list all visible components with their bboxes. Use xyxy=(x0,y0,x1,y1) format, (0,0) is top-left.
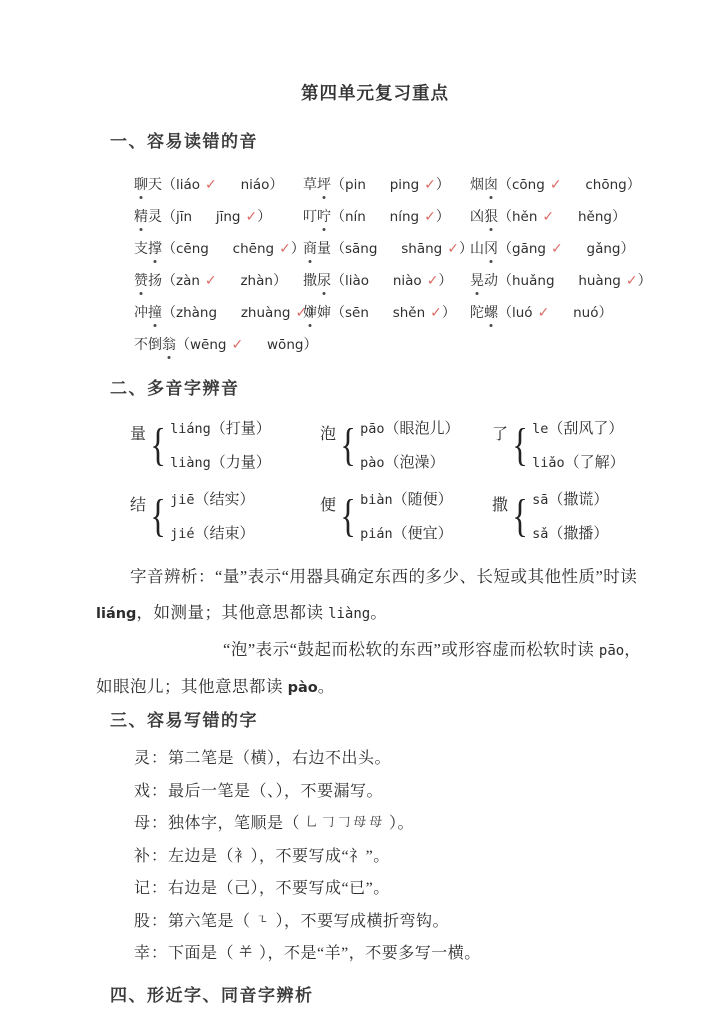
reading-line: pào（泡澡） xyxy=(360,451,459,472)
note-segment: 下面是（ xyxy=(168,945,239,962)
pinyin-option: huàng xyxy=(578,273,621,289)
reading-example: （打量） xyxy=(211,421,271,437)
hanzi-char: 不 xyxy=(134,334,148,354)
readings-column: liáng（打量）liàng（力量） xyxy=(170,417,271,472)
analysis-segment: liàng xyxy=(328,606,370,622)
miswrite-item: 补：左边是（衤），不要写成“礻”。 xyxy=(134,841,654,874)
section-1-heading: 一、容易读错的音 xyxy=(110,127,654,152)
reading-example: （撒谎） xyxy=(548,492,608,508)
reading-line: liàng（力量） xyxy=(170,451,271,472)
reading-line: sǎ（撒播） xyxy=(532,522,608,543)
brace-glyph: { xyxy=(340,422,355,468)
miswritten-characters-list: 灵：第二笔是（横），右边不出头。戏：最后一笔是（、），不要漏写。母：独体字，笔顺… xyxy=(134,743,654,971)
hanzi-char: 山 xyxy=(470,238,484,258)
target-char-label: 灵： xyxy=(134,750,168,767)
polyphone-char: 撒 xyxy=(492,492,508,515)
pinyin-option: jīn xyxy=(176,209,192,225)
pronunciation-analysis: 字音辨析：“量”表示“用器具确定东西的多少、长短或其他性质”时读 liáng，如… xyxy=(96,559,654,706)
pinyin-option: wōng xyxy=(267,337,303,353)
pinyin-options: （cēngchēng✓） xyxy=(162,242,305,257)
reading-line: liáng（打量） xyxy=(170,417,271,438)
miswrite-item: 股：第六笔是（ ㇍ ），不要写成横折弯钩。 xyxy=(134,906,654,939)
word-hanzi: 聊天 xyxy=(134,178,162,193)
analysis-segment: pào xyxy=(288,680,318,696)
reading-example: （泡澡） xyxy=(385,455,445,471)
pinyin-option: zhàn xyxy=(240,273,272,289)
word-hanzi: 山冈 xyxy=(470,242,498,257)
analysis-segment: 。 xyxy=(370,603,387,622)
target-char-label: 记： xyxy=(134,880,168,897)
pinyin-option: hěng xyxy=(578,209,612,225)
polyphone-group: 结{jiē（结实）jié（结束） xyxy=(130,488,320,543)
reading-line: le（刮风了） xyxy=(532,417,625,438)
misread-word-item: 叮咛（nínníng✓） xyxy=(303,206,470,226)
polyphone-group: 泡{pāo（眼泡儿）pào（泡澡） xyxy=(320,417,492,472)
pinyin-options: （jīnjīng✓） xyxy=(162,210,271,225)
readings-column: sā（撒谎）sǎ（撒播） xyxy=(532,488,608,543)
hanzi-char: 囱 xyxy=(484,174,498,194)
misread-word-item: 陀螺（luó✓nuó） xyxy=(470,302,654,322)
pinyin-options: （zhàngzhuàng✓） xyxy=(162,306,321,321)
misread-word-item: 婶婶（sēnshěn✓） xyxy=(303,302,470,322)
page-title: 第四单元复习重点 xyxy=(96,80,654,105)
word-hanzi: 不倒翁 xyxy=(134,338,176,353)
hanzi-char: 倒 xyxy=(148,334,162,354)
pinyin-option: huǎng xyxy=(512,273,555,289)
pinyin-option: pin xyxy=(345,177,366,193)
pinyin-option: hěn xyxy=(512,209,537,225)
misread-word-item: 赞扬（zàn✓zhàn） xyxy=(134,270,303,290)
word-hanzi: 草坪 xyxy=(303,178,331,193)
analysis-segment: pāo xyxy=(599,643,624,659)
pinyin-options: （hěn✓hěng） xyxy=(498,210,626,225)
hanzi-char: 翁 xyxy=(162,334,176,354)
misread-word-item: 精灵（jīnjīng✓） xyxy=(134,206,303,226)
target-char-label: 母： xyxy=(134,815,168,832)
pinyin-option: zhuàng xyxy=(241,305,291,321)
misread-sounds-grid: 聊天（liáo✓niáo）草坪（pinping✓）烟囱（cōng✓chōng）精… xyxy=(134,168,654,360)
note-segment: 独体字，笔顺是（ xyxy=(168,815,305,832)
hanzi-char: 天 xyxy=(148,174,162,194)
reading-pinyin: pào xyxy=(360,455,384,471)
hanzi-char: 草 xyxy=(303,174,317,194)
note-segment: 𢆉 xyxy=(238,936,256,969)
pinyin-option: chōng xyxy=(585,177,626,193)
pinyin-option: nín xyxy=(345,209,366,225)
miswrite-item: 记：右边是（己），不要写成“已”。 xyxy=(134,873,654,906)
misread-word-item: 聊天（liáo✓niáo） xyxy=(134,174,303,194)
pinyin-option: cēng xyxy=(176,241,209,257)
polyphone-group: 了{le（刮风了）liǎo（了解） xyxy=(492,417,654,472)
check-mark-icon: ✓ xyxy=(231,337,243,353)
reading-line: pāo（眼泡儿） xyxy=(360,417,459,438)
hanzi-char: 精 xyxy=(134,206,148,226)
reading-line: sā（撒谎） xyxy=(532,488,608,509)
word-hanzi: 商量 xyxy=(303,242,331,257)
polyphone-char: 了 xyxy=(492,421,508,444)
hanzi-char: 咛 xyxy=(317,206,331,226)
pinyin-options: （sēnshěn✓） xyxy=(331,306,456,321)
hanzi-char: 螺 xyxy=(484,302,498,322)
hanzi-char: 灵 xyxy=(148,206,162,226)
reading-line: biàn（随便） xyxy=(360,488,453,509)
word-hanzi: 叮咛 xyxy=(303,210,331,225)
hanzi-char: 动 xyxy=(484,270,498,290)
word-hanzi: 陀螺 xyxy=(470,306,498,321)
misread-word-item: 晃动（huǎnghuàng✓） xyxy=(470,270,654,290)
misread-word-item: 山冈（gāng✓gǎng） xyxy=(470,238,654,258)
check-mark-icon: ✓ xyxy=(447,241,459,257)
pinyin-options: （luó✓nuó） xyxy=(498,306,612,321)
pinyin-option: zàn xyxy=(176,273,200,289)
hanzi-char: 陀 xyxy=(470,302,484,322)
check-mark-icon: ✓ xyxy=(551,241,563,257)
reading-line: jié（结束） xyxy=(170,522,254,543)
pinyin-option: nuó xyxy=(573,305,598,321)
pinyin-option: liáo xyxy=(176,177,200,193)
analysis-segment: ，如测量；其他意思都读 xyxy=(136,603,328,622)
reading-pinyin: jié xyxy=(170,526,194,542)
note-segment: 第二笔是（横），右边不出头。 xyxy=(168,750,391,767)
note-segment: 左边是（衤），不要写成“礻”。 xyxy=(168,848,390,865)
reading-pinyin: sā xyxy=(532,492,548,508)
reading-example: （结实） xyxy=(195,492,255,508)
target-char-label: 戏： xyxy=(134,783,168,800)
hanzi-char: 冈 xyxy=(484,238,498,258)
note-segment: ），不是“羊”，不要多写一横。 xyxy=(255,945,481,962)
hanzi-char: 尿 xyxy=(317,270,331,290)
brace-glyph: { xyxy=(150,422,165,468)
word-hanzi: 支撑 xyxy=(134,242,162,257)
word-hanzi: 婶婶 xyxy=(303,306,331,321)
readings-column: biàn（随便）pián（便宜） xyxy=(360,488,453,543)
check-mark-icon: ✓ xyxy=(538,305,550,321)
reading-line: pián（便宜） xyxy=(360,522,453,543)
brace-glyph: { xyxy=(150,493,165,539)
note-segment: 第六笔是（ xyxy=(168,913,255,930)
check-mark-icon: ✓ xyxy=(424,177,436,193)
polyphone-group: 量{liáng（打量）liàng（力量） xyxy=(130,417,320,472)
hanzi-char: 撑 xyxy=(148,238,162,258)
analysis-segment: “泡”表示“鼓起而松软的东西”或形容虚而松软时读 xyxy=(223,640,599,659)
section-3-heading: 三、容易写错的字 xyxy=(110,706,654,731)
misread-word-item: 商量（sāngshāng✓） xyxy=(303,238,470,258)
check-mark-icon: ✓ xyxy=(550,177,562,193)
hanzi-char: 扬 xyxy=(148,270,162,290)
readings-column: le（刮风了）liǎo（了解） xyxy=(532,417,625,472)
pinyin-option: gāng xyxy=(512,241,546,257)
reading-example: （随便） xyxy=(393,492,453,508)
reading-line: jiē（结实） xyxy=(170,488,254,509)
pinyin-option: shāng xyxy=(401,241,442,257)
note-segment: ㇍ xyxy=(254,904,272,937)
analysis-paragraph: “泡”表示“鼓起而松软的东西”或形容虚而松软时读 pāo，如眼泡儿；其他意思都读… xyxy=(96,632,654,706)
hanzi-char: 叮 xyxy=(303,206,317,226)
reading-pinyin: le xyxy=(532,421,548,437)
check-mark-icon: ✓ xyxy=(205,273,217,289)
reading-example: （了解） xyxy=(565,455,625,471)
polyphone-char: 量 xyxy=(130,421,146,444)
pinyin-option: gǎng xyxy=(587,241,621,257)
reading-line: liǎo（了解） xyxy=(532,451,625,472)
pinyin-options: （gāng✓gǎng） xyxy=(498,242,634,257)
note-segment: ）。 xyxy=(385,815,415,832)
word-hanzi: 赞扬 xyxy=(134,274,162,289)
pinyin-options: （liáo✓niáo） xyxy=(162,178,283,193)
pinyin-option: ping xyxy=(390,177,419,193)
word-hanzi: 精灵 xyxy=(134,210,162,225)
note-segment: ），不要写成横折弯钩。 xyxy=(271,913,449,930)
pinyin-options: （sāngshāng✓） xyxy=(331,242,473,257)
hanzi-char: 烟 xyxy=(470,174,484,194)
pinyin-option: cōng xyxy=(512,177,545,193)
word-hanzi: 冲撞 xyxy=(134,306,162,321)
hanzi-char: 婶 xyxy=(303,302,317,322)
hanzi-char: 量 xyxy=(317,238,331,258)
readings-column: pāo（眼泡儿）pào（泡澡） xyxy=(360,417,459,472)
pinyin-option: zhàng xyxy=(176,305,217,321)
section-2-heading: 二、多音字辨音 xyxy=(110,374,654,399)
hanzi-char: 撞 xyxy=(148,302,162,322)
pinyin-options: （pinping✓） xyxy=(331,178,450,193)
reading-example: （眼泡儿） xyxy=(385,421,460,437)
pinyin-options: （wēng✓wōng） xyxy=(176,338,317,353)
pinyin-options: （liàoniào✓） xyxy=(331,274,452,289)
hanzi-char: 赞 xyxy=(134,270,148,290)
reading-example: （力量） xyxy=(211,455,271,471)
polyphone-groups-grid: 量{liáng（打量）liàng（力量）泡{pāo（眼泡儿）pào（泡澡）了{l… xyxy=(130,417,654,543)
pinyin-option: jīng xyxy=(216,209,241,225)
reading-pinyin: sǎ xyxy=(532,526,548,542)
misread-word-item: 支撑（cēngchēng✓） xyxy=(134,238,303,258)
reading-pinyin: jiē xyxy=(170,492,194,508)
pinyin-option: sēn xyxy=(345,305,369,321)
miswrite-item: 幸：下面是（ 𢆉 ），不是“羊”，不要多写一横。 xyxy=(134,938,654,971)
pinyin-option: shěn xyxy=(393,305,425,321)
reading-pinyin: liáng xyxy=(170,421,211,437)
reading-example: （结束） xyxy=(195,526,255,542)
pinyin-options: （nínníng✓） xyxy=(331,210,450,225)
check-mark-icon: ✓ xyxy=(205,177,217,193)
analysis-segment: liáng xyxy=(96,606,136,622)
check-mark-icon: ✓ xyxy=(626,273,638,289)
reading-pinyin: pián xyxy=(360,526,393,542)
hanzi-char: 商 xyxy=(303,238,317,258)
word-hanzi: 撒尿 xyxy=(303,274,331,289)
reading-pinyin: liàng xyxy=(170,455,211,471)
hanzi-char: 撒 xyxy=(303,270,317,290)
polyphone-char: 泡 xyxy=(320,421,336,444)
readings-column: jiē（结实）jié（结束） xyxy=(170,488,254,543)
reading-pinyin: pāo xyxy=(360,421,384,437)
note-segment: 右边是（己），不要写成“已”。 xyxy=(168,880,390,897)
polyphone-group: 撒{sā（撒谎）sǎ（撒播） xyxy=(492,488,654,543)
misread-word-item: 撒尿（liàoniào✓） xyxy=(303,270,470,290)
check-mark-icon: ✓ xyxy=(246,209,258,225)
hanzi-char: 婶 xyxy=(317,302,331,322)
word-hanzi: 凶狠 xyxy=(470,210,498,225)
word-hanzi: 晃动 xyxy=(470,274,498,289)
analysis-paragraph: 字音辨析：“量”表示“用器具确定东西的多少、长短或其他性质”时读 liáng，如… xyxy=(96,559,654,632)
hanzi-char: 坪 xyxy=(317,174,331,194)
reading-example: （撒播） xyxy=(548,526,608,542)
pinyin-options: （cōng✓chōng） xyxy=(498,178,641,193)
pinyin-option: niáo xyxy=(241,177,270,193)
brace-glyph: { xyxy=(340,493,355,539)
pinyin-option: chēng xyxy=(233,241,274,257)
check-mark-icon: ✓ xyxy=(424,209,436,225)
brace-glyph: { xyxy=(512,422,527,468)
misread-word-item: 冲撞（zhàngzhuàng✓） xyxy=(134,302,303,322)
check-mark-icon: ✓ xyxy=(279,241,291,257)
miswrite-item: 戏：最后一笔是（、），不要漏写。 xyxy=(134,776,654,809)
check-mark-icon: ✓ xyxy=(542,209,554,225)
hanzi-char: 冲 xyxy=(134,302,148,322)
note-segment: 最后一笔是（、），不要漏写。 xyxy=(168,783,383,800)
pinyin-option: wēng xyxy=(190,337,226,353)
brace-glyph: { xyxy=(512,493,527,539)
pinyin-option: liào xyxy=(345,273,369,289)
check-mark-icon: ✓ xyxy=(427,273,439,289)
hanzi-char: 支 xyxy=(134,238,148,258)
pinyin-option: níng xyxy=(390,209,419,225)
reading-pinyin: biàn xyxy=(360,492,393,508)
pinyin-option: luó xyxy=(512,305,533,321)
analysis-segment: 字音辨析：“量”表示“用器具确定东西的多少、长短或其他性质”时读 xyxy=(130,567,637,586)
target-char-label: 股： xyxy=(134,913,168,930)
hanzi-char: 晃 xyxy=(470,270,484,290)
misread-word-item: 烟囱（cōng✓chōng） xyxy=(470,174,654,194)
miswrite-item: 灵：第二笔是（横），右边不出头。 xyxy=(134,743,654,776)
polyphone-char: 便 xyxy=(320,492,336,515)
reading-example: （便宜） xyxy=(393,526,453,542)
pinyin-options: （zàn✓zhàn） xyxy=(162,274,287,289)
note-segment: 乚𠃌𠃌母母 xyxy=(304,806,386,839)
pinyin-option: sāng xyxy=(345,241,377,257)
target-char-label: 幸： xyxy=(134,945,168,962)
check-mark-icon: ✓ xyxy=(430,305,442,321)
reading-example: （刮风了） xyxy=(548,421,623,437)
section-4-heading: 四、形近字、同音字辨析 xyxy=(110,981,654,1006)
pinyin-option: niào xyxy=(393,273,422,289)
worksheet-page: 第四单元复习重点 一、容易读错的音 聊天（liáo✓niáo）草坪（pinpin… xyxy=(0,0,724,1024)
miswrite-item: 母：独体字，笔顺是（ 乚𠃌𠃌母母 ）。 xyxy=(134,808,654,841)
pinyin-options: （huǎnghuàng✓） xyxy=(498,274,652,289)
analysis-segment: 。 xyxy=(318,677,335,696)
hanzi-char: 聊 xyxy=(134,174,148,194)
misread-word-item: 凶狠（hěn✓hěng） xyxy=(470,206,654,226)
hanzi-char: 狠 xyxy=(484,206,498,226)
misread-word-item: 不倒翁（wēng✓wōng） xyxy=(134,334,303,354)
polyphone-group: 便{biàn（随便）pián（便宜） xyxy=(320,488,492,543)
word-hanzi: 烟囱 xyxy=(470,178,498,193)
misread-word-item: 草坪（pinping✓） xyxy=(303,174,470,194)
target-char-label: 补： xyxy=(134,848,168,865)
reading-pinyin: liǎo xyxy=(532,455,565,471)
polyphone-char: 结 xyxy=(130,492,146,515)
hanzi-char: 凶 xyxy=(470,206,484,226)
